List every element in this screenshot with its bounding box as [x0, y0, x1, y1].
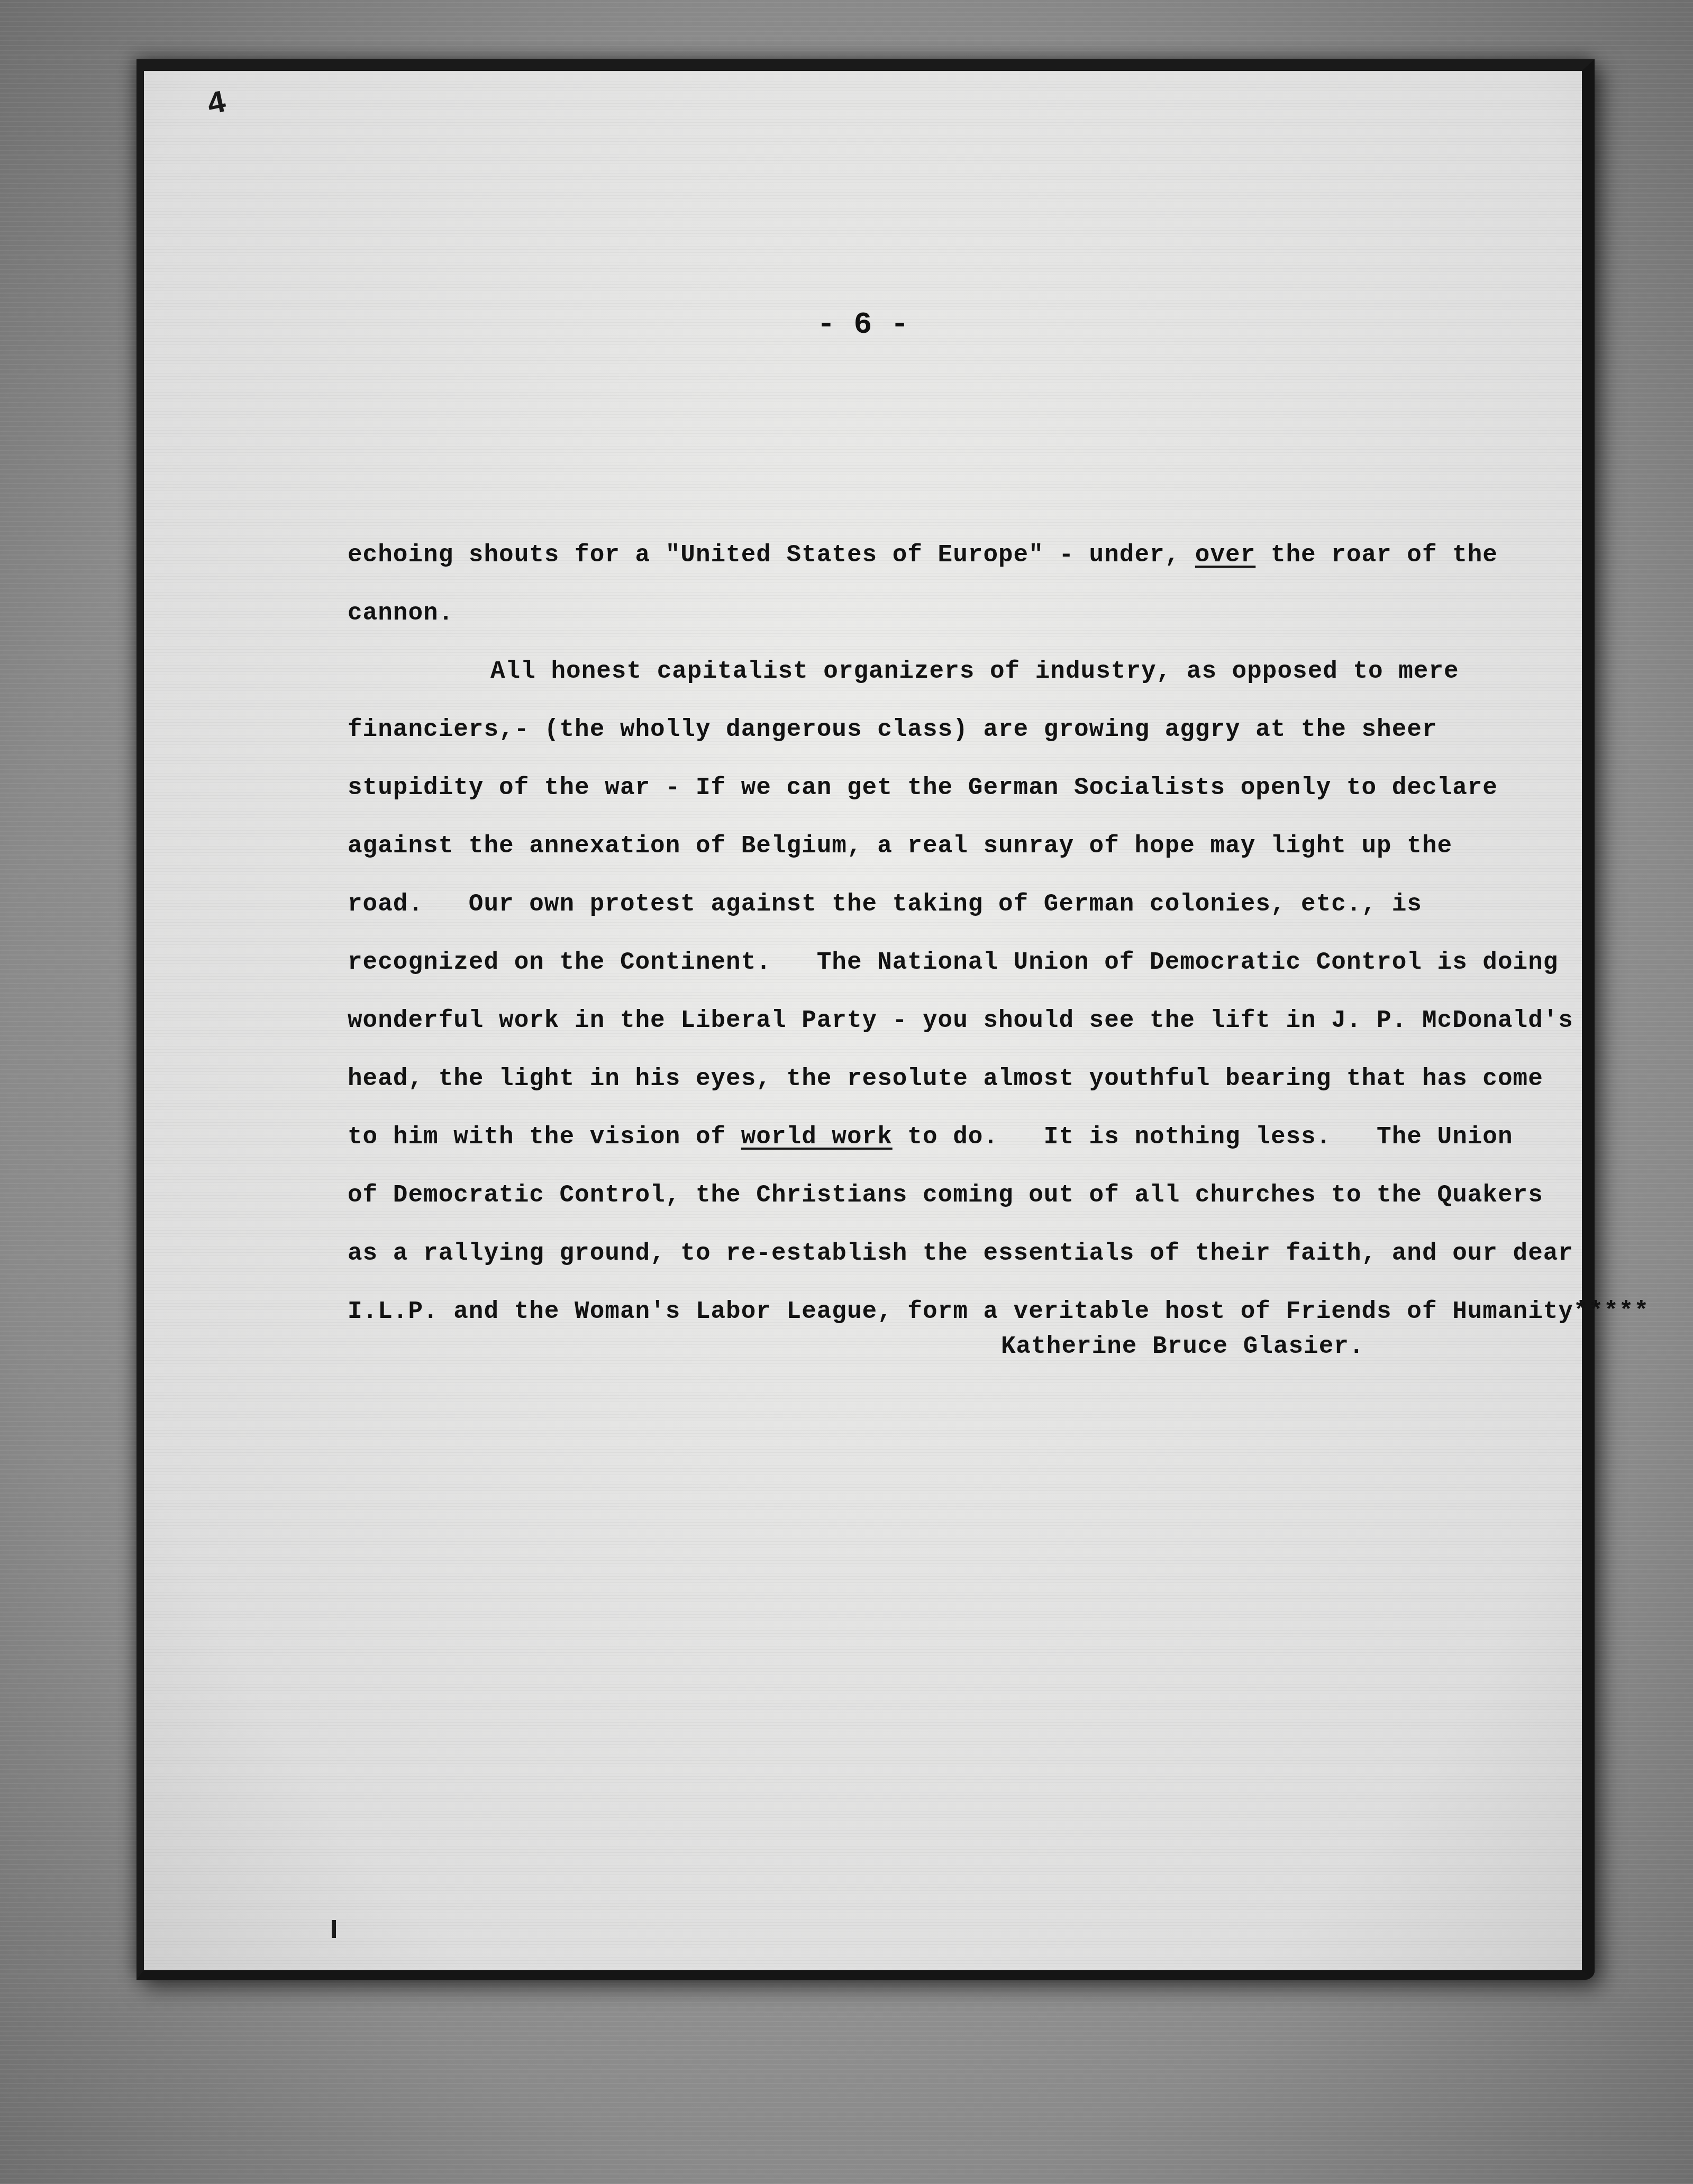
text-line: stupidity of the war - If we can get the…: [348, 759, 1564, 817]
page-number: - 6 -: [144, 308, 1582, 342]
text-line: All honest capitalist organizers of indu…: [348, 642, 1564, 700]
corner-mark: 4: [204, 85, 230, 124]
signature: Katherine Bruce Glasier.: [1001, 1333, 1364, 1360]
scanned-page: 4 - 6 - echoing shouts for a "United Sta…: [136, 59, 1595, 1980]
text-line: road. Our own protest against the taking…: [348, 875, 1564, 933]
text-line: against the annexation of Belgium, a rea…: [348, 817, 1564, 875]
ink-speck: [332, 1920, 336, 1938]
text-line: cannon.: [348, 584, 1564, 642]
text-line: wonderful work in the Liberal Party - yo…: [348, 991, 1564, 1050]
text-line: to him with the vision of world work to …: [348, 1108, 1564, 1166]
letter-body: echoing shouts for a "United States of E…: [348, 526, 1564, 1341]
text-line: I.L.P. and the Woman's Labor League, for…: [348, 1282, 1564, 1341]
underlined-word: over: [1195, 541, 1255, 569]
text-line: as a rallying ground, to re-establish th…: [348, 1224, 1564, 1282]
text-line: financiers,- (the wholly dangerous class…: [348, 700, 1564, 759]
text-line: head, the light in his eyes, the resolut…: [348, 1050, 1564, 1108]
text-line: recognized on the Continent. The Nationa…: [348, 933, 1564, 991]
text-line: of Democratic Control, the Christians co…: [348, 1166, 1564, 1224]
underlined-phrase: world work: [741, 1123, 893, 1151]
text-line: echoing shouts for a "United States of E…: [348, 526, 1564, 584]
